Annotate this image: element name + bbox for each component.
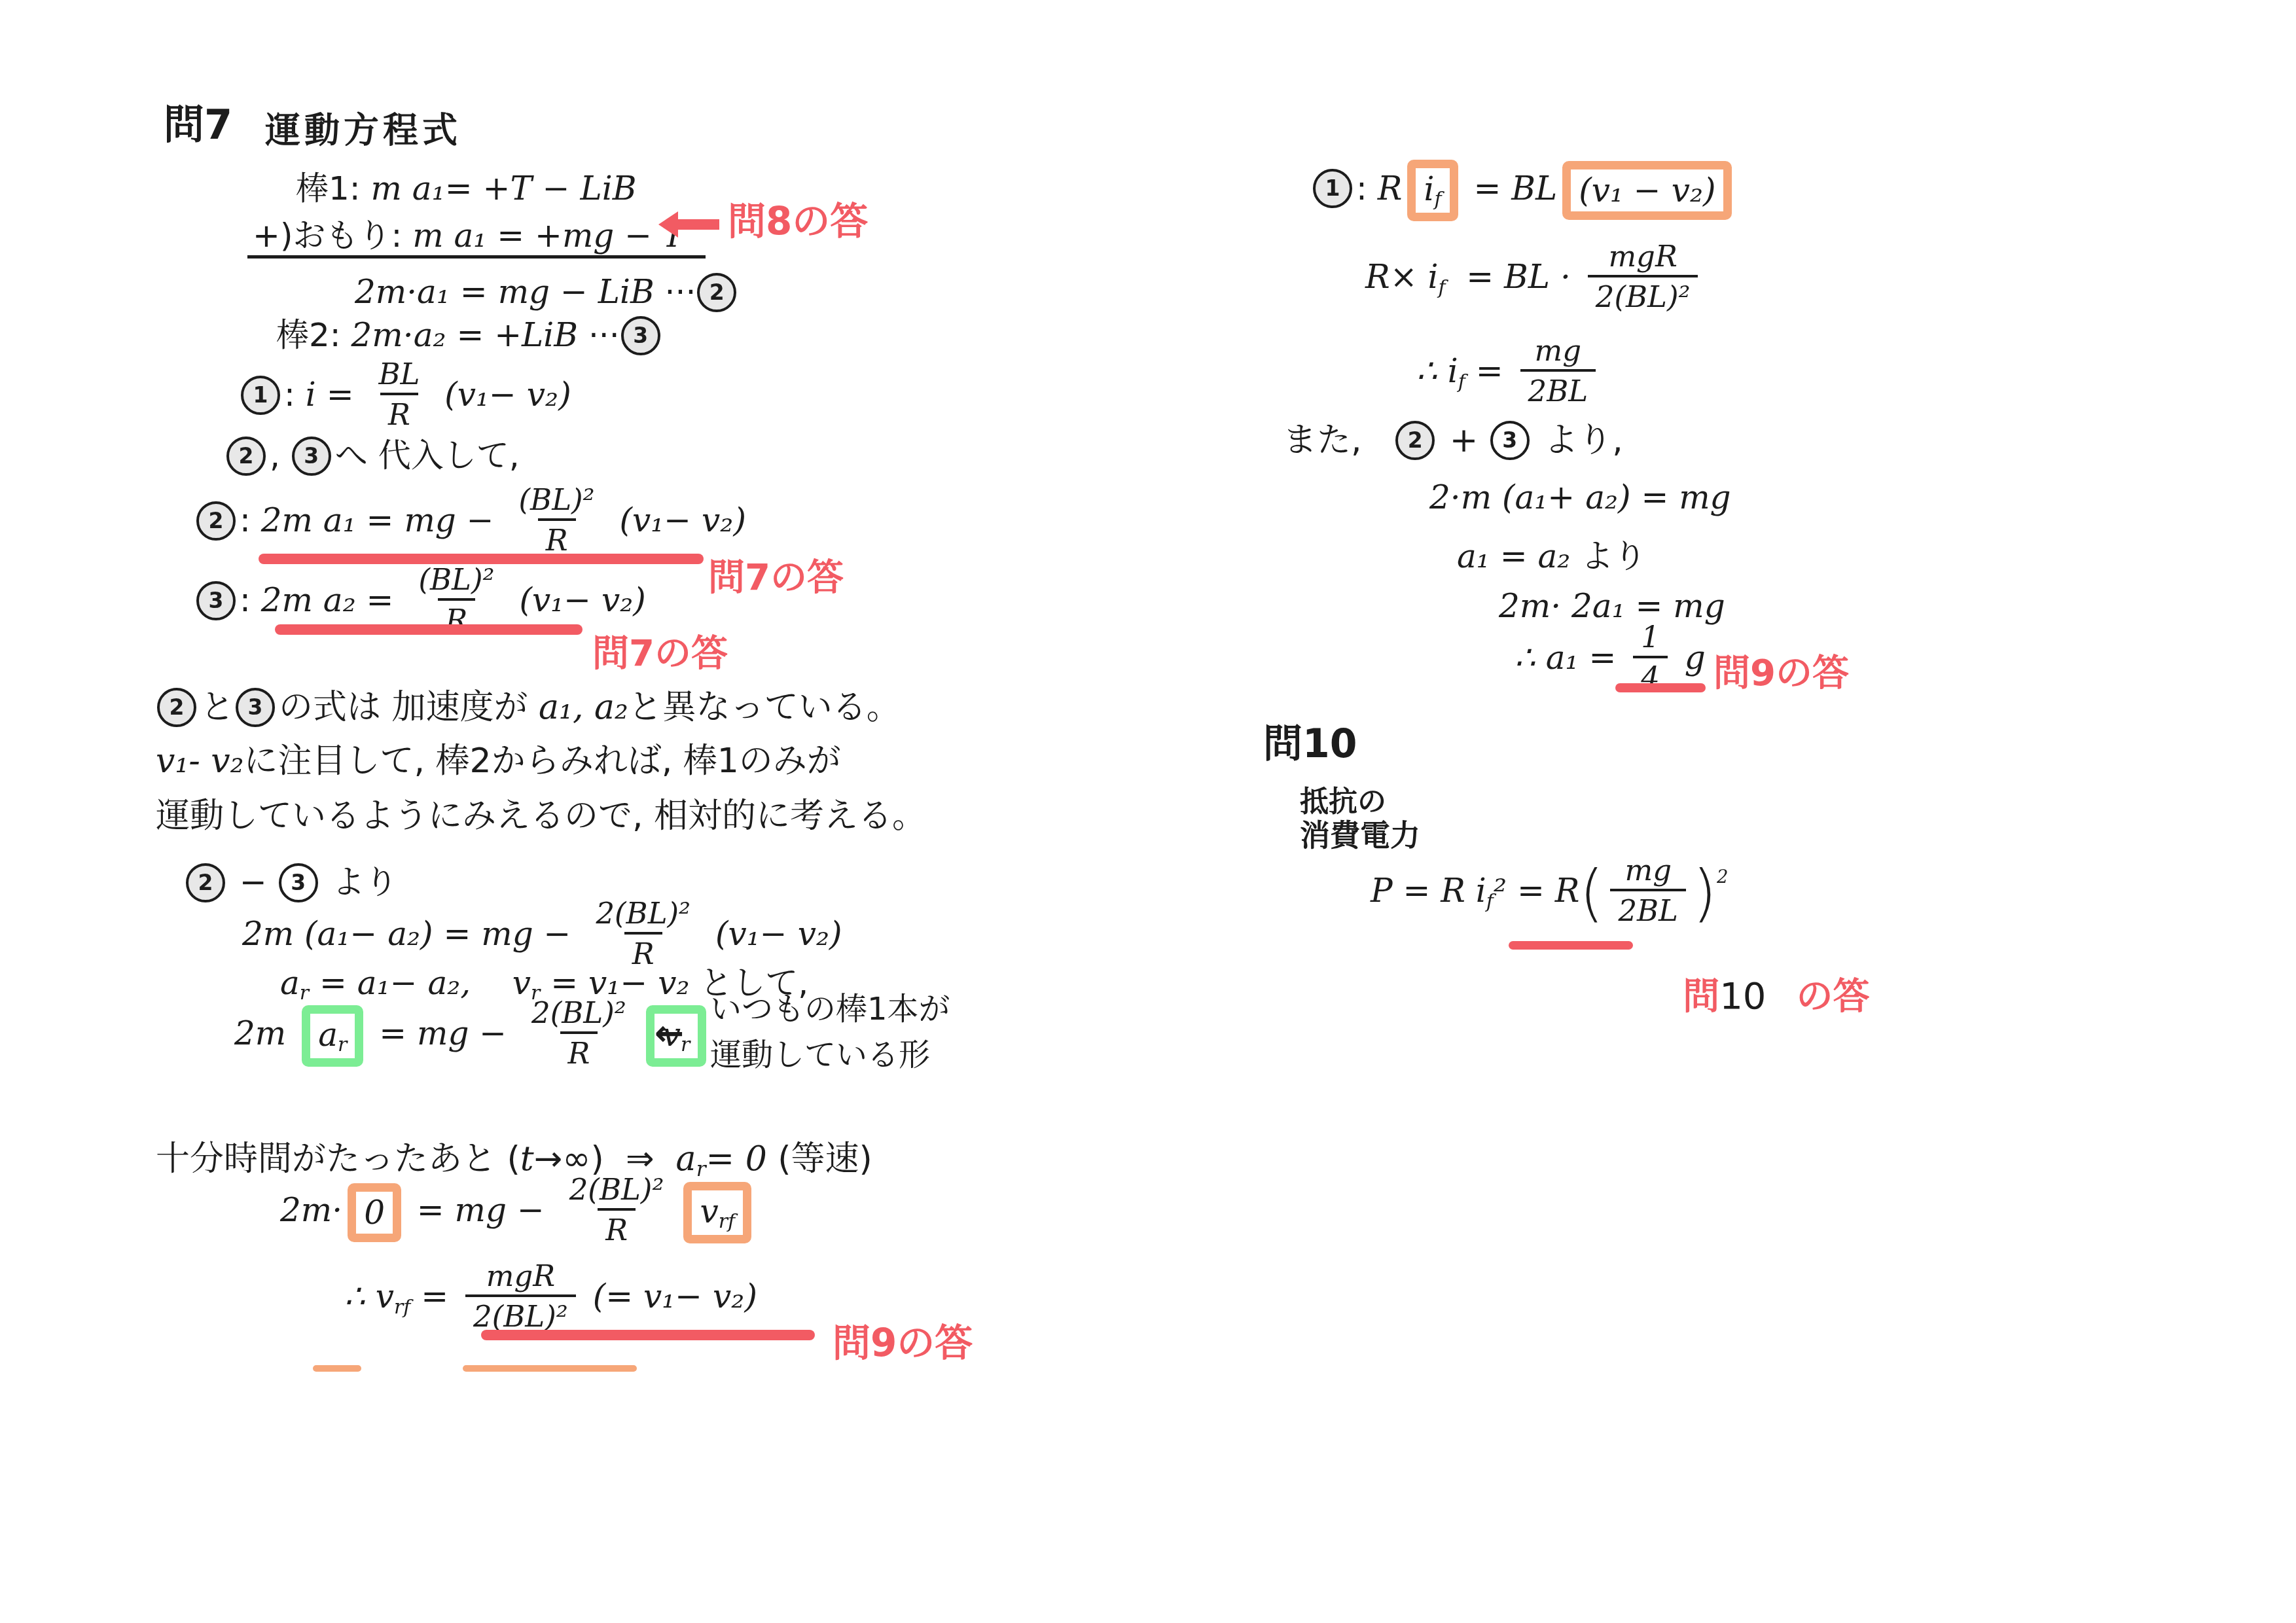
red-underline-problem9-right (1615, 683, 1706, 692)
eq-relative-boxed: 2m ar = mg − 2(BL)²Rvr (234, 997, 711, 1075)
eq-vrf-result: ∴ vrf = mgR2(BL)² (= v₁− v₂) (344, 1260, 757, 1338)
eq-current: 1: i = BLR (v₁− v₂) (240, 359, 571, 436)
eq-rod2: 棒2: 2m·a₂ = +LiB ···3 (276, 315, 664, 359)
sum-divider-line (247, 255, 706, 259)
problem9-answer-label-left: 問9の答 (833, 1319, 973, 1367)
eq-a1-equals-a2: a₁ = a₂ より (1457, 537, 1646, 576)
orange-cutoff-segment-1 (313, 1365, 361, 1372)
explanation-line-1: 2と3の式は 加速度が a₁, a₂と異なっている。 (156, 687, 901, 731)
red-left-arrow-icon (656, 209, 721, 240)
problem9-answer-label-right: 問9の答 (1713, 651, 1849, 696)
eq-terminal: 2m·0 = mg − 2(BL)²Rvrf (280, 1174, 757, 1251)
eq-2m-2a1: 2m· 2a₁ = mg (1499, 586, 1725, 626)
resistor-power-label-line-2: 消費電力 (1300, 817, 1420, 855)
red-underline-problem9-left (481, 1330, 815, 1340)
problem8-answer-label: 問8の答 (728, 198, 868, 245)
problem7-heading: 問7 (164, 99, 232, 151)
problem7-answer-label-1: 問7の答 (708, 555, 844, 601)
motion-equation-title: 運動方程式 (265, 109, 461, 153)
substitute-note: 2, 3へ 代入して, (225, 436, 520, 480)
problem7-answer-label-2: 問7の答 (592, 631, 728, 677)
red-underline-problem10 (1509, 941, 1633, 950)
eq-rod1: 棒1: m a₁= +T − LiB (296, 169, 636, 208)
eq-sum: 2m·a₁ = mg − LiB ···2 (355, 272, 740, 316)
eq-circuit: 1: Rif = BL(v₁ − v₂) (1312, 160, 1737, 221)
eq-circuit-substituted: R× if = BL · mgR2(BL)² (1365, 241, 1704, 318)
orange-cutoff-segment-2 (463, 1365, 637, 1372)
eq-2-substituted: 2: 2m a₁ = mg − (BL)²R (v₁− v₂) (195, 484, 746, 562)
problem10-answer-prefix: 問 (1683, 975, 1719, 1018)
eq-power: P = R if² = R(mg2BL)2 (1371, 855, 1729, 932)
handwritten-notes-page: 問7 運動方程式 棒1: m a₁= +T − LiB +)おもり: m a₁ … (0, 0, 2296, 1623)
problem10-heading: 問10 (1263, 720, 1357, 769)
eq-sum-right: 2·m (a₁+ a₂) = mg (1429, 478, 1731, 517)
problem10-answer-number: 10 (1719, 975, 1766, 1018)
explanation-line-3: 運動しているようにみえるので, 相対的に考える。 (156, 796, 926, 836)
red-underline-problem7b (275, 624, 583, 635)
problem10-answer-label: 問10の答 (1636, 931, 1869, 1063)
margin-note-line-2: 運動している形 (710, 1035, 930, 1075)
black-left-arrow-icon: ← (655, 1011, 684, 1056)
problem10-answer-suffix: の答 (1796, 975, 1869, 1018)
also-2-plus-3: また, 2 + 3 より, (1283, 420, 1623, 464)
eq-if-result: ∴ if = mg2BL (1416, 335, 1602, 412)
resistor-power-label-line-1: 抵抗の (1300, 784, 1386, 820)
margin-note-line-1: いつもの棒1本が (710, 990, 950, 1029)
explanation-line-2: v₁- v₂に注目して, 棒2からみれば, 棒1のみが (156, 741, 841, 781)
eq-weight: +)おもり: m a₁ = +mg − T (253, 216, 684, 255)
